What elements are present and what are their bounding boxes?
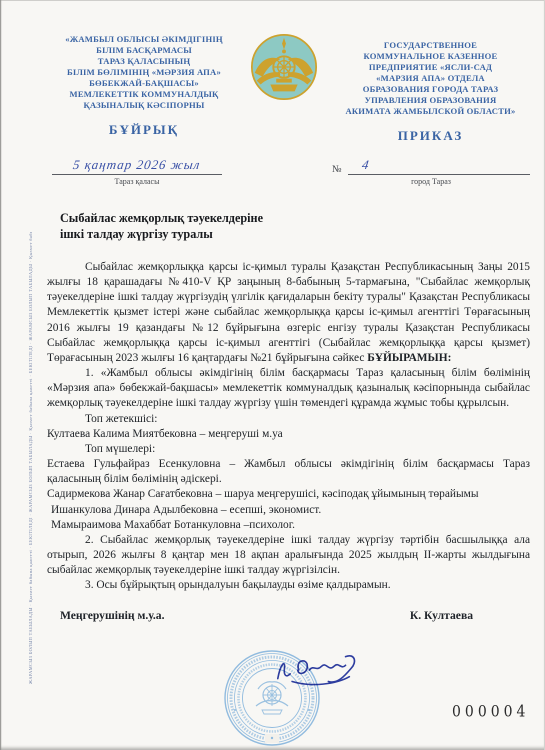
- org-kk-line: БІЛІМ БАСҚАРМАСЫ: [46, 45, 242, 56]
- signer-name: К. Култаева: [410, 609, 473, 622]
- signer-position: Меңгерушінің м.у.а.: [60, 609, 164, 622]
- members-label: Топ мүшелері:: [47, 442, 530, 457]
- member-line: Мамыраимова Махаббат Ботанкуловна –психо…: [47, 518, 530, 533]
- document-body: Сыбайлас жемқорлыққа қарсы іс-қимыл тура…: [47, 260, 530, 593]
- member-line: Естаева Гульфайраз Есенкуловна – Жамбыл …: [47, 457, 530, 487]
- preamble-text: Сыбайлас жемқорлыққа қарсы іс-қимыл тура…: [47, 261, 530, 364]
- org-ru-line: КОММУНАЛЬНОЕ КАЗЕННОЕ: [326, 51, 535, 62]
- date-field: 5 қаңтар 2026 жыл Тараз қаласы: [52, 157, 222, 186]
- handwritten-number: 4: [360, 157, 370, 173]
- emblem-wrap: [242, 30, 326, 141]
- org-ru-line: ГОСУДАРСТВЕННОЕ: [326, 40, 535, 51]
- org-ru-line: ПРЕДПРИЯТИЕ «ЯСЛИ-САД: [326, 62, 535, 73]
- order-item-1: 1. «Жамбыл облысы әкімдігінің білім басқ…: [47, 366, 530, 411]
- number-line: 4: [348, 157, 530, 175]
- letterhead: «ЖАМБЫЛ ОБЛЫСЫ ӘКІМДІГІНІҢ БІЛІМ БАСҚАРМ…: [0, 0, 545, 141]
- org-ru-line: АКИМАТА ЖАМБЫЛСКОЙ ОБЛАСТИ»: [326, 106, 535, 117]
- org-name-kazakh: «ЖАМБЫЛ ОБЛЫСЫ ӘКІМДІГІНІҢ БІЛІМ БАСҚАРМ…: [46, 30, 242, 141]
- place-russian-label: город Тараз: [332, 177, 530, 186]
- kazakhstan-emblem-icon: [247, 30, 321, 104]
- date-line: 5 қаңтар 2026 жыл: [52, 157, 222, 175]
- handwritten-signature-icon: [272, 650, 358, 692]
- document-title: Сыбайлас жемқорлық тәуекелдеріне ішкі та…: [60, 210, 545, 242]
- org-kk-line: БӨБЕКЖАЙ-БАҚШАСЫ»: [46, 78, 242, 89]
- org-ru-line: «МАРЗИЯ АПА» ОТДЕЛА: [326, 73, 535, 84]
- title-line: Сыбайлас жемқорлық тәуекелдеріне: [60, 210, 545, 226]
- org-name-russian: ГОСУДАРСТВЕННОЕ КОММУНАЛЬНОЕ КАЗЕННОЕ ПР…: [326, 30, 539, 141]
- org-kk-line: ТАРАЗ ҚАЛАСЫНЫҢ: [46, 56, 242, 67]
- org-kk-line: ҚАЗЫНАЛЫҚ КӘСІПОРНЫ: [46, 100, 242, 111]
- order-item-3: 3. Осы бұйрықтың орындалуын бақылауды өз…: [47, 578, 530, 593]
- doc-type-kazakh: БҰЙРЫҚ: [46, 124, 242, 135]
- org-kk-line: БІЛІМ БӨЛІМІНІҢ «МӘРЗИЯ АПА»: [46, 67, 242, 78]
- left-margin-microtext: ЖАРАМСЫЗ БОЛЫП ТАБЫЛАДЫ · Қызмет бабына …: [28, 232, 38, 684]
- member-line: Садирмекова Жанар Сағатбековна – шаруа м…: [47, 487, 530, 502]
- member-line: Ишанкулова Динара Адылбековна – есепші, …: [47, 503, 530, 518]
- group-leader-line: Култаева Калима Миятбековна – меңгеруші …: [47, 427, 530, 442]
- handwritten-date: 5 қаңтар 2026 жыл: [72, 157, 202, 173]
- preamble-paragraph: Сыбайлас жемқорлыққа қарсы іс-қимыл тура…: [47, 260, 530, 366]
- doc-type-russian: ПРИКАЗ: [326, 130, 535, 141]
- scanned-order-document: «ЖАМБЫЛ ОБЛЫСЫ ӘКІМДІГІНІҢ БІЛІМ БАСҚАРМ…: [0, 0, 545, 750]
- title-line: ішкі талдау жүргізу туралы: [60, 226, 545, 242]
- order-item-2: 2. Сыбайлас жемқорлық тәуекелдеріне ішкі…: [47, 533, 530, 578]
- signature-row: Меңгерушінің м.у.а. К. Култаева: [60, 609, 473, 622]
- date-number-row: 5 қаңтар 2026 жыл Тараз қаласы № 4 город…: [0, 157, 545, 186]
- number-sign: №: [332, 164, 342, 175]
- org-kk-line: «ЖАМБЫЛ ОБЛЫСЫ ӘКІМДІГІНІҢ: [46, 34, 242, 45]
- place-kazakh-label: Тараз қаласы: [52, 177, 222, 186]
- number-field: № 4 город Тараз: [332, 157, 530, 186]
- order-verb: БҰЙЫРАМЫН:: [367, 352, 451, 364]
- org-ru-line: УПРАВЛЕНИЯ ОБРАЗОВАНИЯ: [326, 95, 535, 106]
- group-leader-label: Топ жетекшісі:: [47, 412, 530, 427]
- org-kk-line: МЕМЛЕКЕТТІК КОММУНАЛДЫҚ: [46, 89, 242, 100]
- serial-number-stamp: 000004: [452, 703, 529, 721]
- org-ru-line: ОБРАЗОВАНИЯ ГОРОДА ТАРАЗ: [326, 84, 535, 95]
